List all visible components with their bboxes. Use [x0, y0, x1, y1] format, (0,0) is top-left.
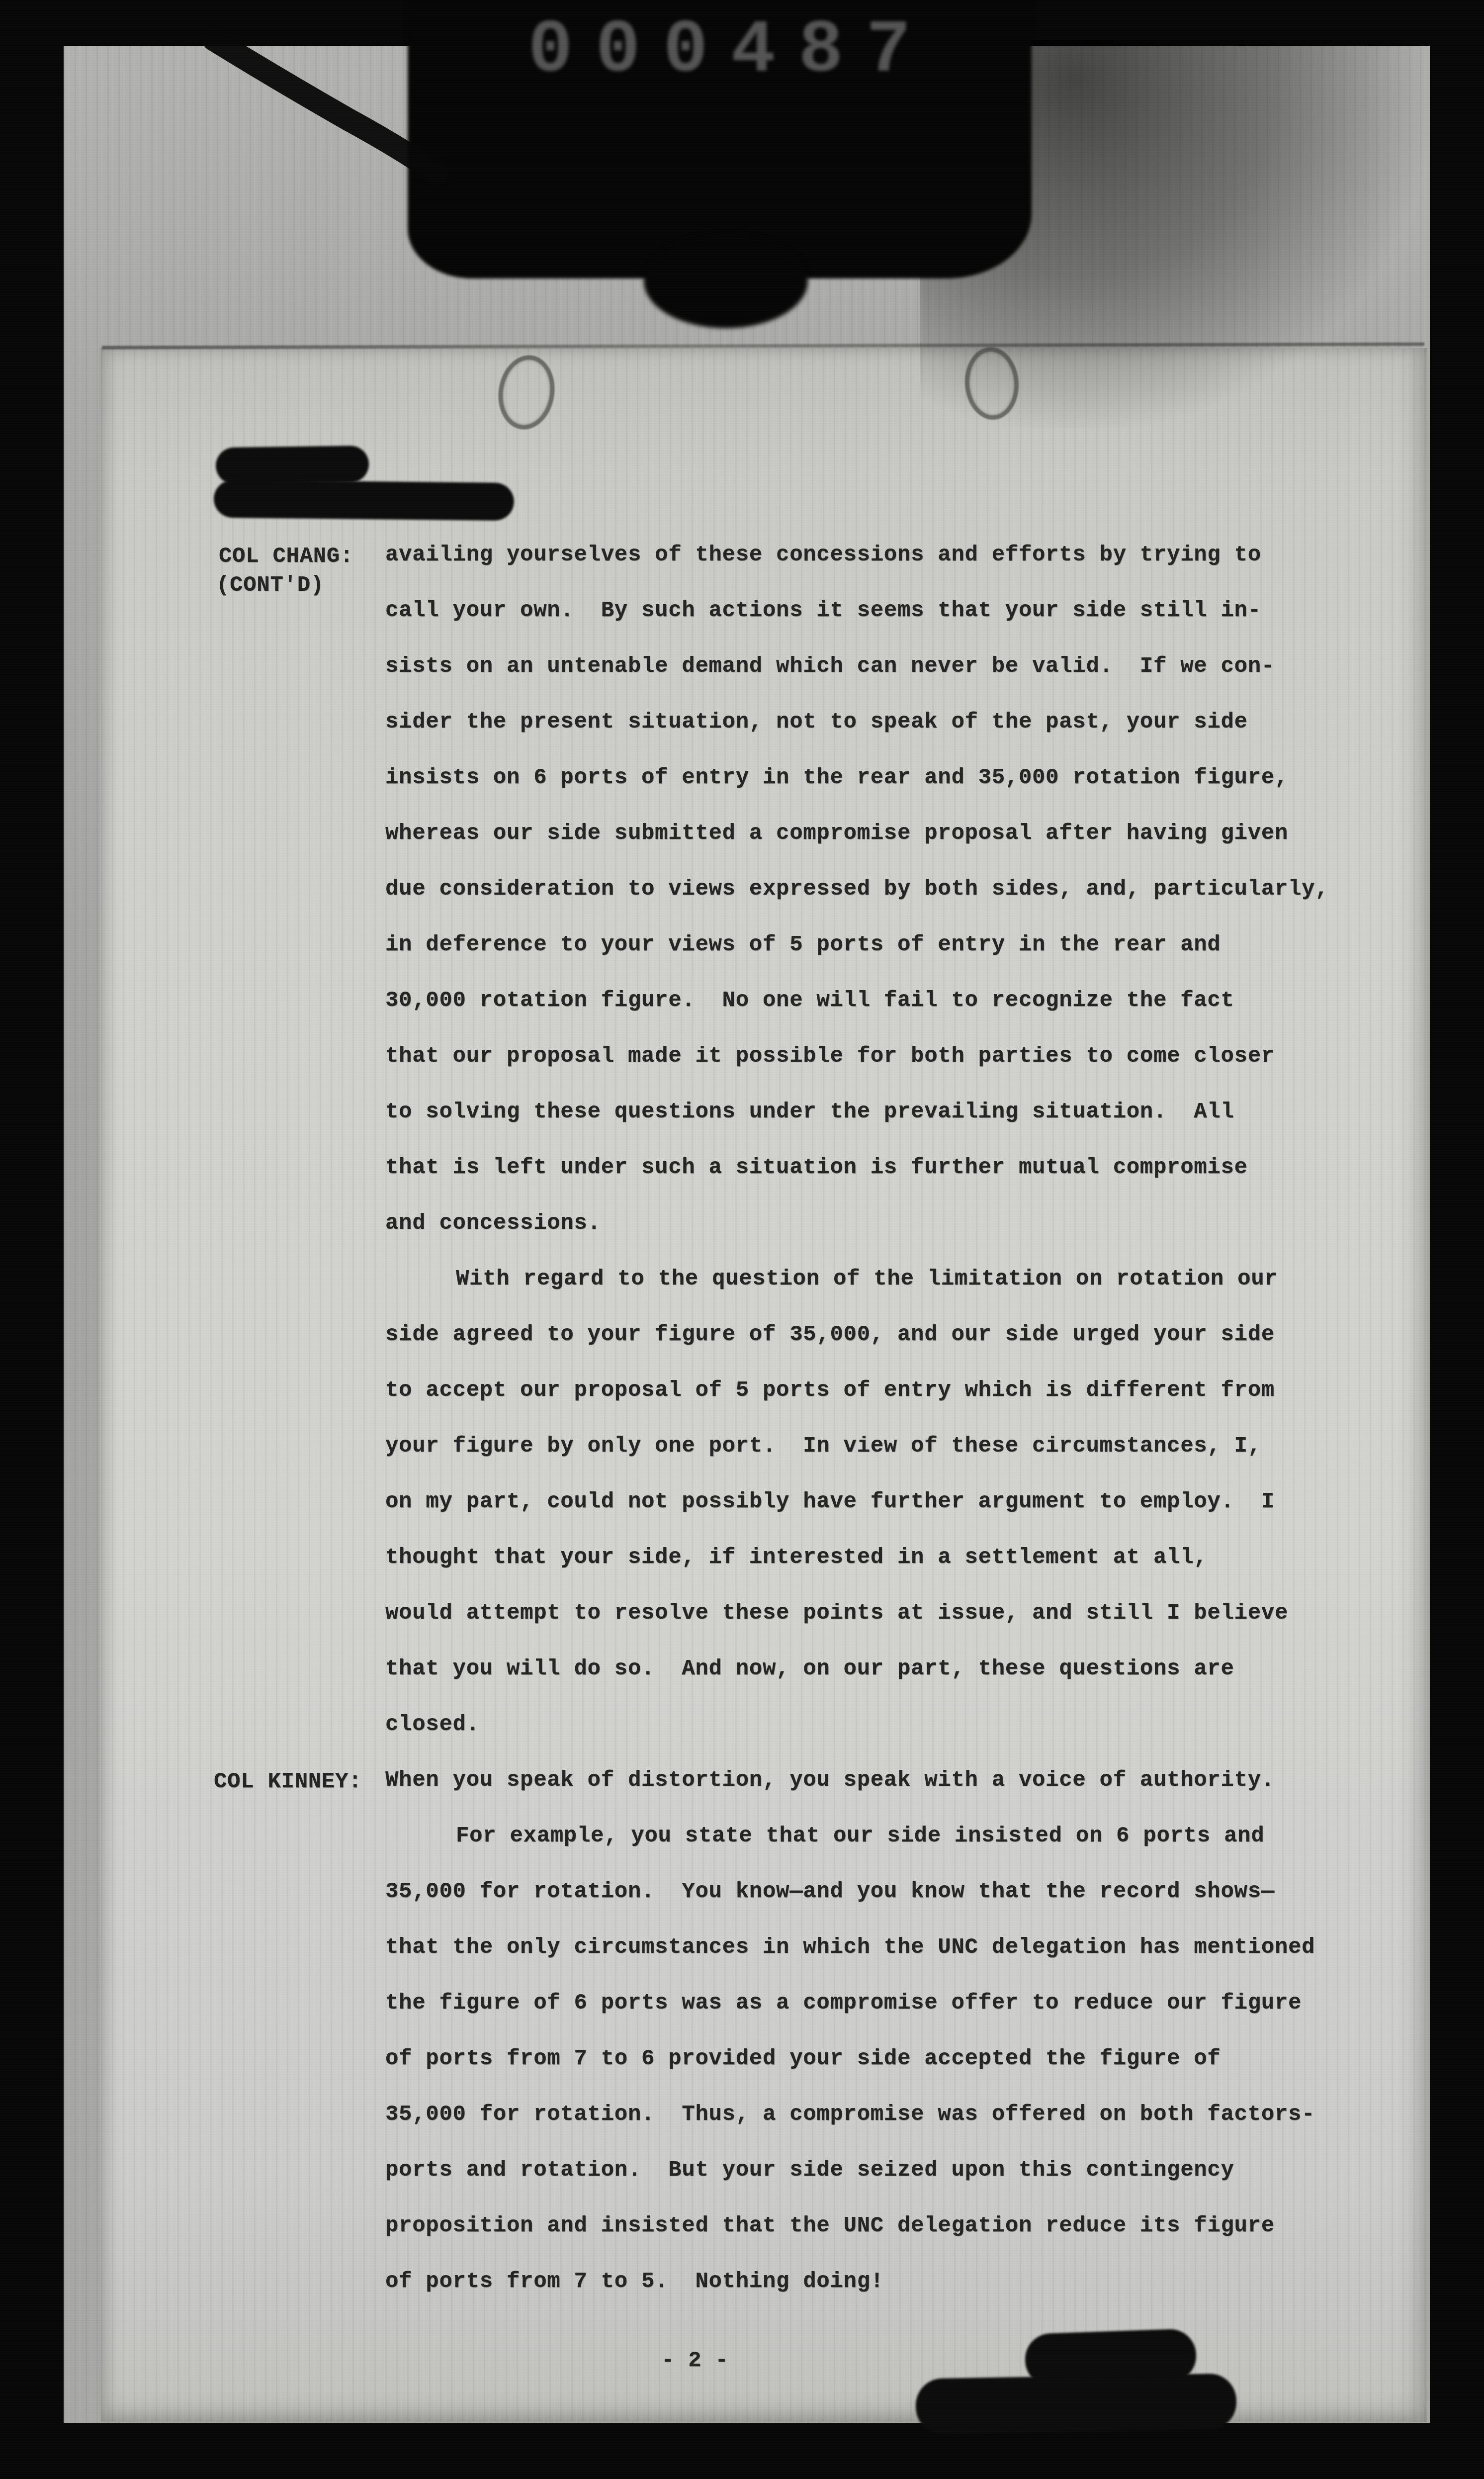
typescript-line: thought that your side, if interested in… [385, 1530, 1380, 1585]
speaker-label-chang: COL CHANG: [219, 544, 353, 569]
typescript-line: to accept our proposal of 5 ports of ent… [385, 1363, 1380, 1418]
typescript-line: on my part, could not possibly have furt… [385, 1474, 1380, 1530]
typescript-line: call your own. By such actions it seems … [385, 583, 1380, 639]
typescript-line: When you speak of distortion, you speak … [385, 1752, 1380, 1808]
typescript-line: of ports from 7 to 6 provided your side … [385, 2031, 1380, 2087]
typescript-line: to solving these questions under the pre… [385, 1084, 1380, 1140]
typescript-line: proposition and insisted that the UNC de… [385, 2198, 1380, 2254]
typescript-line: sider the present situation, not to spea… [385, 694, 1380, 750]
typescript-body: availing yourselves of these concessions… [385, 527, 1380, 2309]
typescript-line: that our proposal made it possible for b… [385, 1028, 1380, 1084]
typescript-line: ports and rotation. But your side seized… [385, 2142, 1380, 2198]
typescript-line: your figure by only one port. In view of… [385, 1418, 1380, 1474]
film-counter-digits: 000487 [528, 9, 936, 93]
typescript-line: 30,000 rotation figure. No one will fail… [385, 973, 1380, 1028]
typescript-line: insists on 6 ports of entry in the rear … [385, 750, 1380, 806]
typescript-line: 35,000 for rotation. Thus, a compromise … [385, 2087, 1380, 2142]
typescript-line: in deference to your views of 5 ports of… [385, 917, 1380, 973]
microfilm-frame: COL CHANG: (CONT'D) COL KINNEY: availing… [0, 0, 1484, 2479]
typescript-line: due consideration to views expressed by … [385, 861, 1380, 917]
typescript-line: and concessions. [385, 1195, 1380, 1251]
page-number: - 2 - [661, 2348, 729, 2373]
typescript-line: side agreed to your figure of 35,000, an… [385, 1307, 1380, 1363]
typescript-line: sists on an untenable demand which can n… [385, 639, 1380, 694]
speaker-label-contd: (CONT'D) [216, 573, 324, 598]
document-clamp-tip [644, 234, 808, 328]
typescript-line: that the only circumstances in which the… [385, 1920, 1380, 1975]
typescript-line: availing yourselves of these concessions… [385, 527, 1380, 583]
redaction-bar-bottom-2 [915, 2373, 1237, 2434]
typescript-line: closed. [385, 1697, 1380, 1752]
typescript-line: whereas our side submitted a compromise … [385, 806, 1380, 861]
typescript-line: of ports from 7 to 5. Nothing doing! [385, 2254, 1380, 2309]
typescript-line: the figure of 6 ports was as a compromis… [385, 1975, 1380, 2031]
speaker-label-kinney: COL KINNEY: [214, 1769, 362, 1794]
typescript-line: With regard to the question of the limit… [385, 1251, 1380, 1307]
typescript-line: that is left under such a situation is f… [385, 1140, 1380, 1195]
typescript-line: For example, you state that our side ins… [385, 1808, 1380, 1864]
typescript-line: that you will do so. And now, on our par… [385, 1641, 1380, 1697]
typescript-line: 35,000 for rotation. You know—and you kn… [385, 1864, 1380, 1920]
redaction-bar-top-1 [215, 446, 369, 484]
typescript-line: would attempt to resolve these points at… [385, 1585, 1380, 1641]
redaction-bar-top-2 [214, 480, 515, 521]
